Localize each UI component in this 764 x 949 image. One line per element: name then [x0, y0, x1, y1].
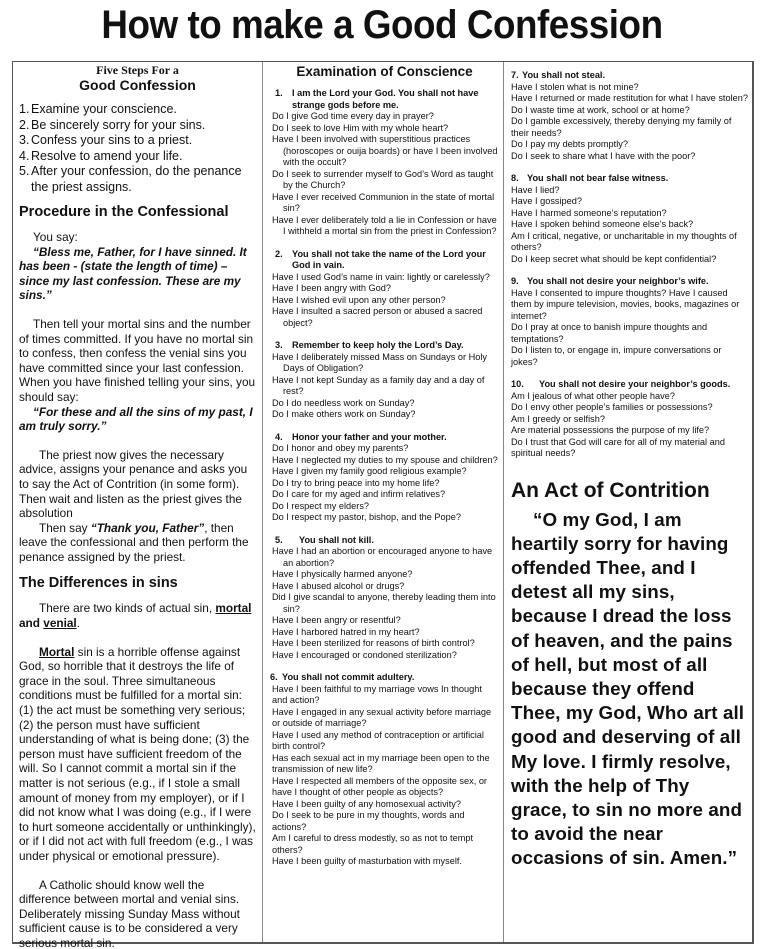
for-these-quote: “For these and all the sins of my past, …	[19, 405, 256, 434]
question: Do I honor and obey my parents?	[270, 443, 499, 455]
question: Do I pay my debts promptly?	[511, 139, 749, 151]
question: Have I harmed someone’s reputation?	[511, 208, 749, 220]
commandment-title: 6.You shall not commit adultery.	[270, 672, 499, 684]
content-frame: Five Steps For a Good Confession 1.Exami…	[12, 61, 754, 944]
procedure-heading: Procedure in the Confessional	[19, 203, 256, 221]
step-item: 4.Resolve to amend your life.	[19, 149, 256, 165]
question: Have I been angry or resentful?	[270, 615, 499, 627]
question: Have I not kept Sunday as a family day a…	[270, 375, 499, 398]
question: Have I encouraged or condoned sterilizat…	[270, 650, 499, 662]
question: Have I engaged in any sexual activity be…	[270, 707, 499, 730]
question: Do I seek to be pure in my thoughts, wor…	[270, 810, 499, 833]
question: Have I used any method of contraception …	[270, 730, 499, 753]
question: Have I harbored hatred in my heart?	[270, 627, 499, 639]
column-examination: Examination of Conscience 1.I am the Lor…	[263, 62, 504, 942]
then-say-paragraph: Then say “Thank you, Father”, then leave…	[19, 521, 256, 565]
commandment-title: 8.You shall not bear false witness.	[511, 173, 749, 185]
commandment-section-6: 6.You shall not commit adultery. Have I …	[270, 672, 499, 868]
question: Am I critical, negative, or uncharitable…	[511, 231, 749, 254]
question: Have I spoken behind someone else’s back…	[511, 219, 749, 231]
commandment-section-5: 5.You shall not kill. Have I had an abor…	[270, 535, 499, 662]
question: Do I envy other people’s families or pos…	[511, 402, 749, 414]
question: Have I ever received Communion in the st…	[270, 192, 499, 215]
question: Do I keep secret what should be kept con…	[511, 254, 749, 266]
step-item: 2.Be sincerely sorry for your sins.	[19, 118, 256, 134]
page-title: How to make a Good Confession	[31, 2, 734, 48]
commandment-section-9: 9.You shall not desire your neighbor’s w…	[511, 276, 749, 368]
commandment-title: 7.You shall not steal.	[511, 70, 749, 82]
step-item: 1.Examine your conscience.	[19, 102, 256, 118]
question: Have I been guilty of any homosexual act…	[270, 799, 499, 811]
question: Do I pray at once to banish impure thoug…	[511, 322, 749, 345]
question: Have I been sterilized for reasons of bi…	[270, 638, 499, 650]
question: Do I listen to, or engage in, impure con…	[511, 345, 749, 368]
question: Has each sexual act in my marriage been …	[270, 753, 499, 776]
catholic-should-paragraph: A Catholic should know well the differen…	[19, 878, 256, 949]
steps-list: 1.Examine your conscience. 2.Be sincerel…	[19, 102, 256, 195]
question: Am I jealous of what other people have?	[511, 391, 749, 403]
question: Am I greedy or selfish?	[511, 414, 749, 426]
question: Have I returned or made restitution for …	[511, 93, 749, 105]
question: Have I neglected my duties to my spouse …	[270, 455, 499, 467]
step-item: 5.After your confession, do the penance …	[19, 164, 256, 195]
column-five-steps: Five Steps For a Good Confession 1.Exami…	[13, 62, 263, 942]
question: Have I gossiped?	[511, 196, 749, 208]
commandment-title: 4.Honor your father and your mother.	[270, 432, 499, 444]
question: Have I been involved with superstitious …	[270, 134, 499, 169]
question: Have I been guilty of masturbation with …	[270, 856, 499, 868]
two-kinds-paragraph: There are two kinds of actual sin, morta…	[19, 601, 256, 630]
question: Have I stolen what is not mine?	[511, 82, 749, 94]
priest-now-paragraph: The priest now gives the necessary advic…	[19, 448, 256, 521]
question: Have I abused alcohol or drugs?	[270, 581, 499, 593]
act-of-contrition-prayer: “O my God, I am heartily sorry for havin…	[511, 508, 749, 871]
commandment-section-3: 3.Remember to keep holy the Lord’s Day. …	[270, 340, 499, 421]
commandment-section-4: 4.Honor your father and your mother. Do …	[270, 432, 499, 524]
commandment-section-1: 1.I am the Lord your God. You shall not …	[270, 88, 499, 238]
question: Have I lied?	[511, 185, 749, 197]
question: Have I ever deliberately told a lie in C…	[270, 215, 499, 238]
mortal-paragraph: Mortal sin is a horrible offense against…	[19, 645, 256, 864]
question: Do I respect my elders?	[270, 501, 499, 513]
question: Do I trust that God will care for all of…	[511, 437, 749, 460]
question: Do I seek to surrender myself to God’s W…	[270, 169, 499, 192]
question: Do I seek to love Him with my whole hear…	[270, 123, 499, 135]
question: Have I deliberately missed Mass on Sunda…	[270, 352, 499, 375]
question: Have I wished evil upon any other person…	[270, 295, 499, 307]
question: Have I given my family good religious ex…	[270, 466, 499, 478]
differences-heading: The Differences in sins	[19, 574, 256, 592]
question: Am I careful to dress modestly, so as no…	[270, 833, 499, 856]
then-tell-paragraph: Then tell your mortal sins and the numbe…	[19, 317, 256, 405]
thank-you-quote: “Thank you, Father”	[91, 521, 204, 535]
question: Do I waste time at work, school or at ho…	[511, 105, 749, 117]
five-steps-heading: Good Confession	[19, 77, 256, 94]
question: Have I had an abortion or encouraged any…	[270, 546, 499, 569]
question: Did I give scandal to anyone, thereby le…	[270, 592, 499, 615]
step-item: 3.Confess your sins to a priest.	[19, 133, 256, 149]
question: Do I try to bring peace into my home lif…	[270, 478, 499, 490]
question: Do I gamble excessively, thereby denying…	[511, 116, 749, 139]
commandment-title: 5.You shall not kill.	[270, 535, 499, 547]
question: Do I give God time every day in prayer?	[270, 111, 499, 123]
examination-heading: Examination of Conscience	[270, 64, 499, 80]
question: Have I been angry with God?	[270, 283, 499, 295]
question: Do I do needless work on Sunday?	[270, 398, 499, 410]
question: Are material possessions the purpose of …	[511, 425, 749, 437]
commandment-section-7: 7.You shall not steal. Have I stolen wha…	[511, 70, 749, 162]
five-steps-subtitle: Five Steps For a	[19, 64, 256, 77]
commandment-section-8: 8.You shall not bear false witness. Have…	[511, 173, 749, 265]
question: Have I insulted a sacred person or abuse…	[270, 306, 499, 329]
question: Do I seek to share what I have with the …	[511, 151, 749, 163]
question: Do I care for my aged and infirm relativ…	[270, 489, 499, 501]
commandment-section-10: 10.You shall not desire your neighbor’s …	[511, 379, 749, 460]
question: Do I make others work on Sunday?	[270, 409, 499, 421]
question: Have I physically harmed anyone?	[270, 569, 499, 581]
commandment-title: 3.Remember to keep holy the Lord’s Day.	[270, 340, 499, 352]
question: Have I respected all members of the oppo…	[270, 776, 499, 799]
question: Have I been faithful to my marriage vows…	[270, 684, 499, 707]
commandment-title: 9.You shall not desire your neighbor’s w…	[511, 276, 749, 288]
you-say-label: You say:	[19, 230, 256, 245]
question: Do I respect my pastor, bishop, and the …	[270, 512, 499, 524]
commandment-title: 2.You shall not take the name of the Lor…	[270, 249, 499, 272]
question: Have I used God’s name in vain: lightly …	[270, 272, 499, 284]
commandment-section-2: 2.You shall not take the name of the Lor…	[270, 249, 499, 330]
commandment-title: 1.I am the Lord your God. You shall not …	[270, 88, 499, 111]
question: Have I consented to impure thoughts? Hav…	[511, 288, 749, 323]
act-of-contrition-heading: An Act of Contrition	[511, 478, 749, 504]
column-commandments-contrition: 7.You shall not steal. Have I stolen wha…	[504, 62, 753, 942]
bless-me-quote: “Bless me, Father, for I have sinned. It…	[19, 245, 256, 303]
commandment-title: 10.You shall not desire your neighbor’s …	[511, 379, 749, 391]
